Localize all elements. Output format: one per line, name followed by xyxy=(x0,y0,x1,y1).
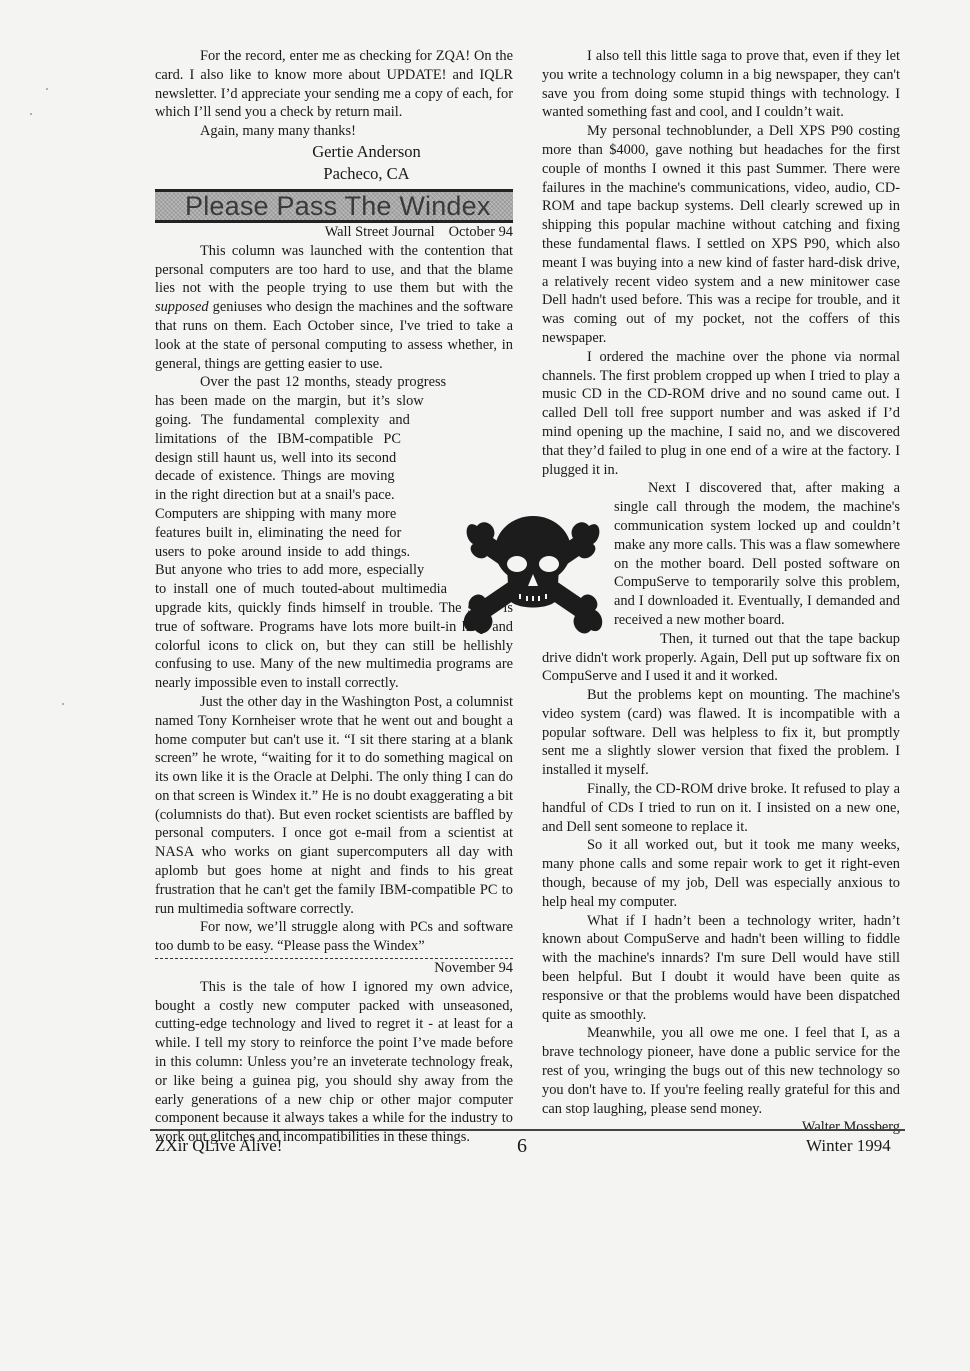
footer-publication: ZXir QLive Alive! xyxy=(155,1136,282,1156)
newsletter-page: For the record, enter me as checking for… xyxy=(0,0,970,1371)
letter-paragraph: Again, many many thanks! xyxy=(155,122,513,141)
article-paragraph: So it all worked out, but it took me man… xyxy=(542,836,900,911)
article-paragraph: My personal technoblunder, a Dell XPS P9… xyxy=(542,122,900,348)
text-run: This column was launched with the conten… xyxy=(155,243,513,297)
article-paragraph: What if I hadn’t been a technology write… xyxy=(542,912,900,1025)
source-name: Wall Street Journal xyxy=(325,224,435,240)
article-paragraph: I ordered the machine over the phone via… xyxy=(542,348,900,480)
author-byline: Walter Mossberg xyxy=(542,1118,900,1137)
article-paragraph: This column was launched with the conten… xyxy=(155,242,513,374)
scan-speck xyxy=(62,703,64,705)
skull-and-crossbones-icon xyxy=(457,498,609,646)
footer-rule xyxy=(150,1129,905,1131)
scan-speck xyxy=(46,88,48,90)
text-run: Next I discovered that, after making a s… xyxy=(614,480,900,628)
article-title: Please Pass The Windex xyxy=(185,190,491,222)
page-number: 6 xyxy=(517,1136,527,1156)
article-paragraph: For now, we’ll struggle along with PCs a… xyxy=(155,918,513,956)
article-title-banner: Please Pass The Windex xyxy=(155,189,513,223)
article-paragraph: Finally, the CD-ROM drive broke. It refu… xyxy=(542,780,900,836)
emphasis-text: supposed xyxy=(155,299,209,315)
footer-issue: Winter 1994 xyxy=(806,1136,891,1156)
scan-speck xyxy=(30,113,32,115)
signature-name: Gertie Anderson xyxy=(155,141,513,163)
source-line: Wall Street JournalOctober 94 xyxy=(155,223,513,242)
article-paragraph: Meanwhile, you all owe me one. I feel th… xyxy=(542,1024,900,1118)
article-paragraph: But the problems kept on mounting. The m… xyxy=(542,686,900,780)
article-paragraph: Just the other day in the Washington Pos… xyxy=(155,693,513,919)
signature-place: Pacheco, CA xyxy=(155,163,513,185)
source-date: October 94 xyxy=(449,224,513,240)
letter-paragraph: For the record, enter me as checking for… xyxy=(155,47,513,122)
section-date: November 94 xyxy=(155,959,513,978)
article-paragraph: I also tell this little saga to prove th… xyxy=(542,47,900,122)
article-paragraph: This is the tale of how I ignored my own… xyxy=(155,978,513,1147)
text-run: geniuses who design the machines and the… xyxy=(155,299,513,371)
